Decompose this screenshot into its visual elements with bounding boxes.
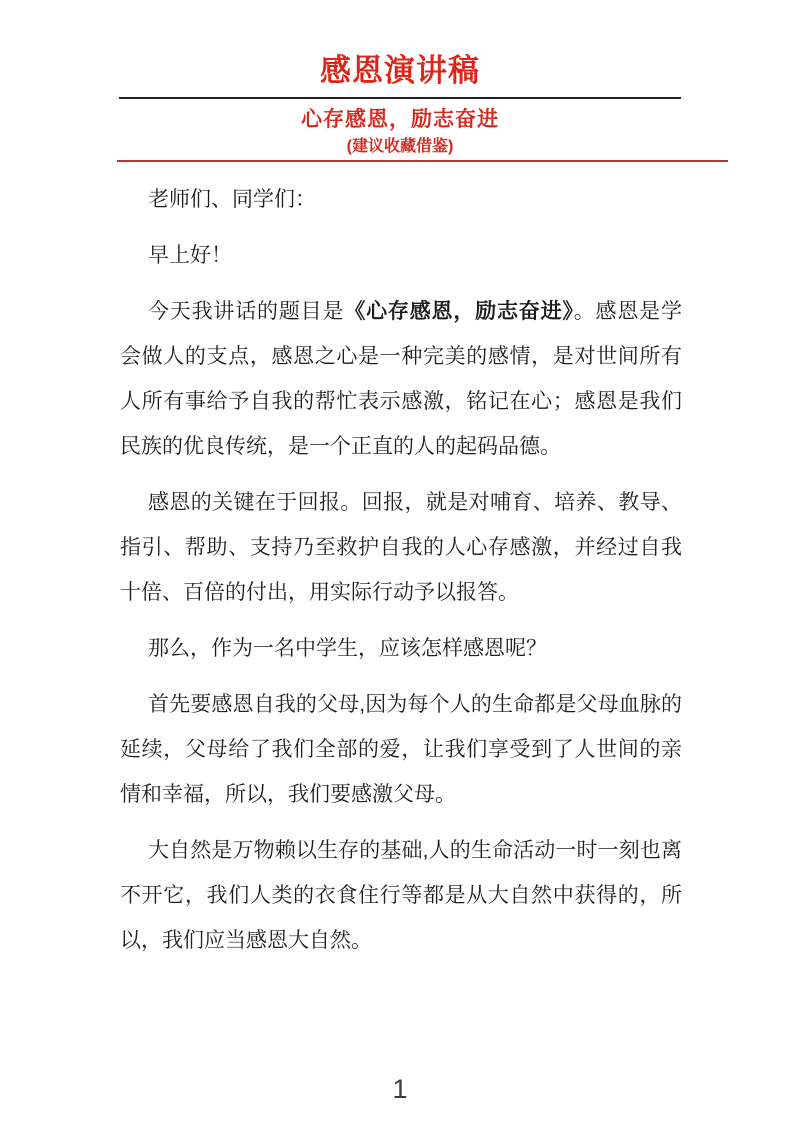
paragraph-run: 首先要感恩自我的父母,因为每个人的生命都是父母血脉的延续，父母给了我们全部的爱，… xyxy=(120,693,682,806)
document-title: 感恩演讲稿 xyxy=(0,0,800,89)
paragraph-run: 。感恩是学会做人的支点，感恩之心是一种完美的感情，是对世间所有人所有事给予自我的… xyxy=(120,300,682,458)
paragraph-run: 大自然是万物赖以生存的基础,人的生命活动一时一刻也离不开它，我们人类的衣食住行等… xyxy=(120,839,682,952)
page-number: 1 xyxy=(0,1074,800,1105)
paragraph: 首先要感恩自我的父母,因为每个人的生命都是父母血脉的延续，父母给了我们全部的爱，… xyxy=(120,682,682,817)
paragraph-run: 老师们、同学们： xyxy=(148,188,316,211)
paragraph: 感恩的关键在于回报。回报，就是对哺育、培养、教导、指引、帮助、支持乃至救护自我的… xyxy=(120,480,682,615)
header-red-divider-line xyxy=(117,160,728,162)
document-page: 感恩演讲稿 心存感恩，励志奋进 (建议收藏借鉴) 老师们、同学们：早上好！今天我… xyxy=(0,0,800,1131)
paragraph-run: 那么，作为一名中学生，应该怎样感恩呢？ xyxy=(148,637,547,660)
paragraph: 大自然是万物赖以生存的基础,人的生命活动一时一刻也离不开它，我们人类的衣食住行等… xyxy=(120,828,682,963)
document-header: 感恩演讲稿 心存感恩，励志奋进 (建议收藏借鉴) xyxy=(0,0,800,162)
collection-note: (建议收藏借鉴) xyxy=(0,133,800,157)
paragraph-run: 感恩的关键在于回报。回报，就是对哺育、培养、教导、指引、帮助、支持乃至救护自我的… xyxy=(120,491,682,604)
paragraph: 早上好！ xyxy=(120,233,682,278)
paragraph-run: 早上好！ xyxy=(148,244,232,267)
paragraph: 老师们、同学们： xyxy=(120,177,682,222)
paragraph-run: 今天我讲话的题目是 xyxy=(148,300,344,323)
document-subtitle: 心存感恩，励志奋进 xyxy=(0,99,800,133)
paragraph: 今天我讲话的题目是《心存感恩，励志奋进》。感恩是学会做人的支点，感恩之心是一种完… xyxy=(120,289,682,469)
paragraph: 那么，作为一名中学生，应该怎样感恩呢？ xyxy=(120,626,682,671)
document-body: 老师们、同学们：早上好！今天我讲话的题目是《心存感恩，励志奋进》。感恩是学会做人… xyxy=(120,177,682,963)
paragraph-list: 老师们、同学们：早上好！今天我讲话的题目是《心存感恩，励志奋进》。感恩是学会做人… xyxy=(120,177,682,963)
paragraph-bold-run: 《心存感恩，励志奋进》 xyxy=(344,300,573,323)
